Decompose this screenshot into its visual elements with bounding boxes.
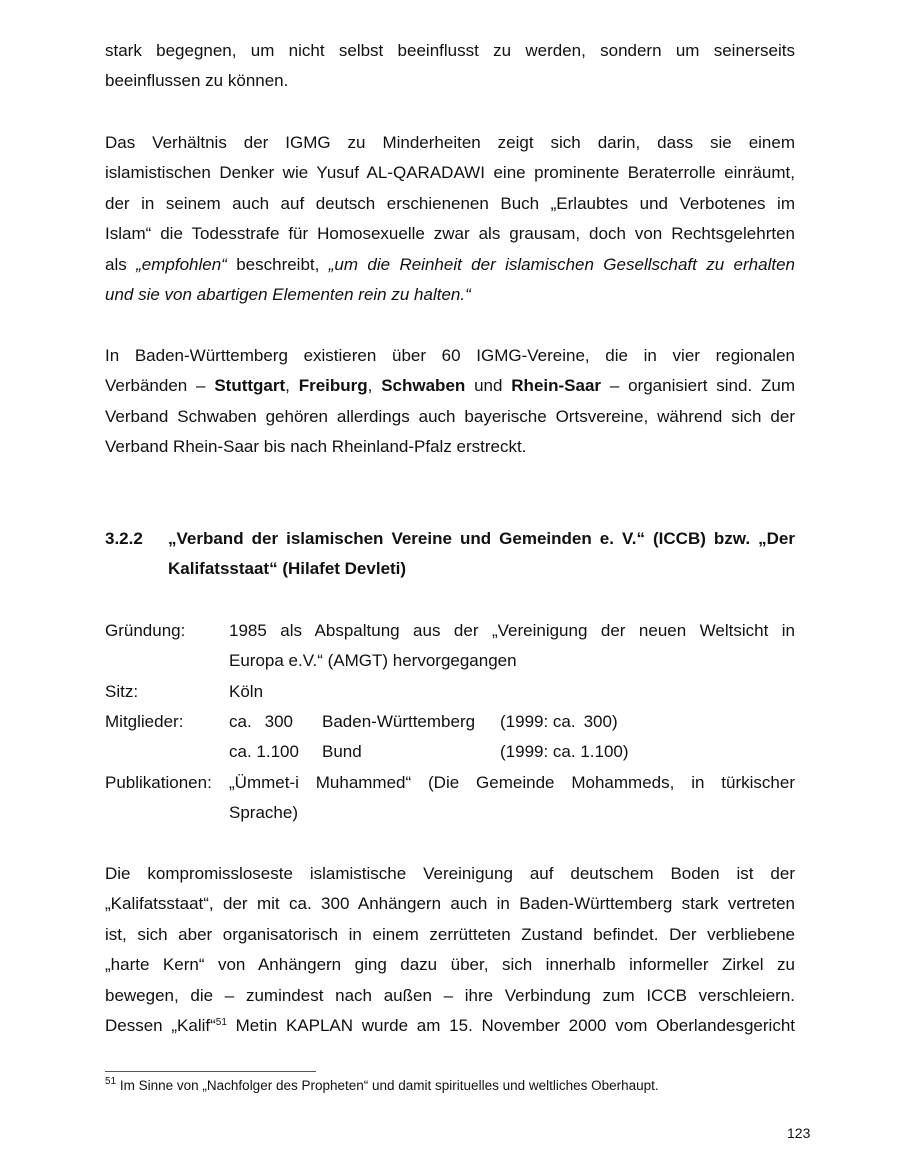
italic-quote: „um die Reinheit der islamischen Gesells… [329,255,795,274]
text-line: islamistischen Denker wie Yusuf AL-QARAD… [105,163,795,183]
text-line: Verband Schwaben gehören allerdings auch… [105,407,795,427]
fact-value-publikationen: „Ümmet-i Muhammed“ (Die Gemeinde Mohamme… [229,773,795,793]
fact-value-sitz: Köln [229,682,263,702]
footnote: 51 Im Sinne von „Nachfolger des Prophete… [105,1078,659,1094]
fact-value-gruendung: 1985 als Abspaltung aus der „Vereinigung… [229,621,795,641]
text-line: stark begegnen, um nicht selbst beeinflu… [105,41,795,61]
text: Dessen „Kalif“ [105,1016,216,1035]
text-line: Islam“ die Todesstrafe für Homosexuelle … [105,224,795,244]
section-title: „Verband der islamischen Vereine und Gem… [168,529,795,549]
text-line: Die kompromissloseste islamistische Vere… [105,864,795,884]
text-line: beeinflussen zu können. [105,71,795,91]
footnote-marker: 51 [105,1076,116,1087]
italic-quote: „empfohlen“ [136,255,227,274]
bold-term: Freiburg [299,376,368,395]
bold-term: Schwaben [381,376,465,395]
members-count: ca.300 [229,712,293,732]
text-line: Das Verhältnis der IGMG zu Minderheiten … [105,133,795,153]
members-count: ca. 1.100 [229,742,299,762]
text: Verbänden – [105,376,214,395]
text-line: als „empfohlen“ beschreibt, „um die Rein… [105,255,795,275]
bold-term: Stuttgart [214,376,285,395]
fact-value-publikationen: Sprache) [229,803,298,823]
footnote-text: Im Sinne von „Nachfolger des Propheten“ … [116,1078,659,1093]
text-line: der in seinem auch auf deutsch erschiene… [105,194,795,214]
text-line: Verband Rhein-Saar bis nach Rheinland-Pf… [105,437,795,457]
fact-value-gruendung: Europa e.V.“ (AMGT) hervorgegangen [229,651,517,671]
text: – organisiert sind. Zum [601,376,795,395]
section-title: Kalifatsstaat“ (Hilafet Devleti) [168,559,795,579]
fact-label-publikationen: Publikationen: [105,773,212,793]
fact-label-sitz: Sitz: [105,682,138,702]
members-previous: (1999: ca. 1.100) [500,742,629,762]
italic-quote: und sie von abartigen Elementen rein zu … [105,285,795,305]
text: , [285,376,299,395]
text: als [105,255,136,274]
bold-term: Rhein-Saar [511,376,601,395]
footnote-divider [105,1071,316,1072]
text: und [465,376,511,395]
fact-label-mitglieder: Mitglieder: [105,712,183,732]
text-line: „harte Kern“ von Anhängern ging dazu übe… [105,955,795,975]
page-number: 123 [787,1125,810,1141]
footnote-reference[interactable]: 51 [216,1017,227,1028]
text: , [368,376,382,395]
fact-label-gruendung: Gründung: [105,621,185,641]
text-line: Dessen „Kalif“51 Metin KAPLAN wurde am 1… [105,1016,795,1036]
text-line: „Kalifatsstaat“, der mit ca. 300 Anhänge… [105,894,795,914]
members-region: Baden-Württemberg [322,712,475,732]
text: Metin KAPLAN wurde am 15. November 2000 … [227,1016,795,1035]
text-line: In Baden-Württemberg existieren über 60 … [105,346,795,366]
text-line: bewegen, die – zumindest nach außen – ih… [105,986,795,1006]
members-region: Bund [322,742,362,762]
text-line: Verbänden – Stuttgart, Freiburg, Schwabe… [105,376,795,396]
section-number: 3.2.2 [105,529,143,549]
text-line: ist, sich aber organisatorisch in einem … [105,925,795,945]
text: beschreibt, [227,255,329,274]
members-previous: (1999: ca.300) [500,712,618,732]
